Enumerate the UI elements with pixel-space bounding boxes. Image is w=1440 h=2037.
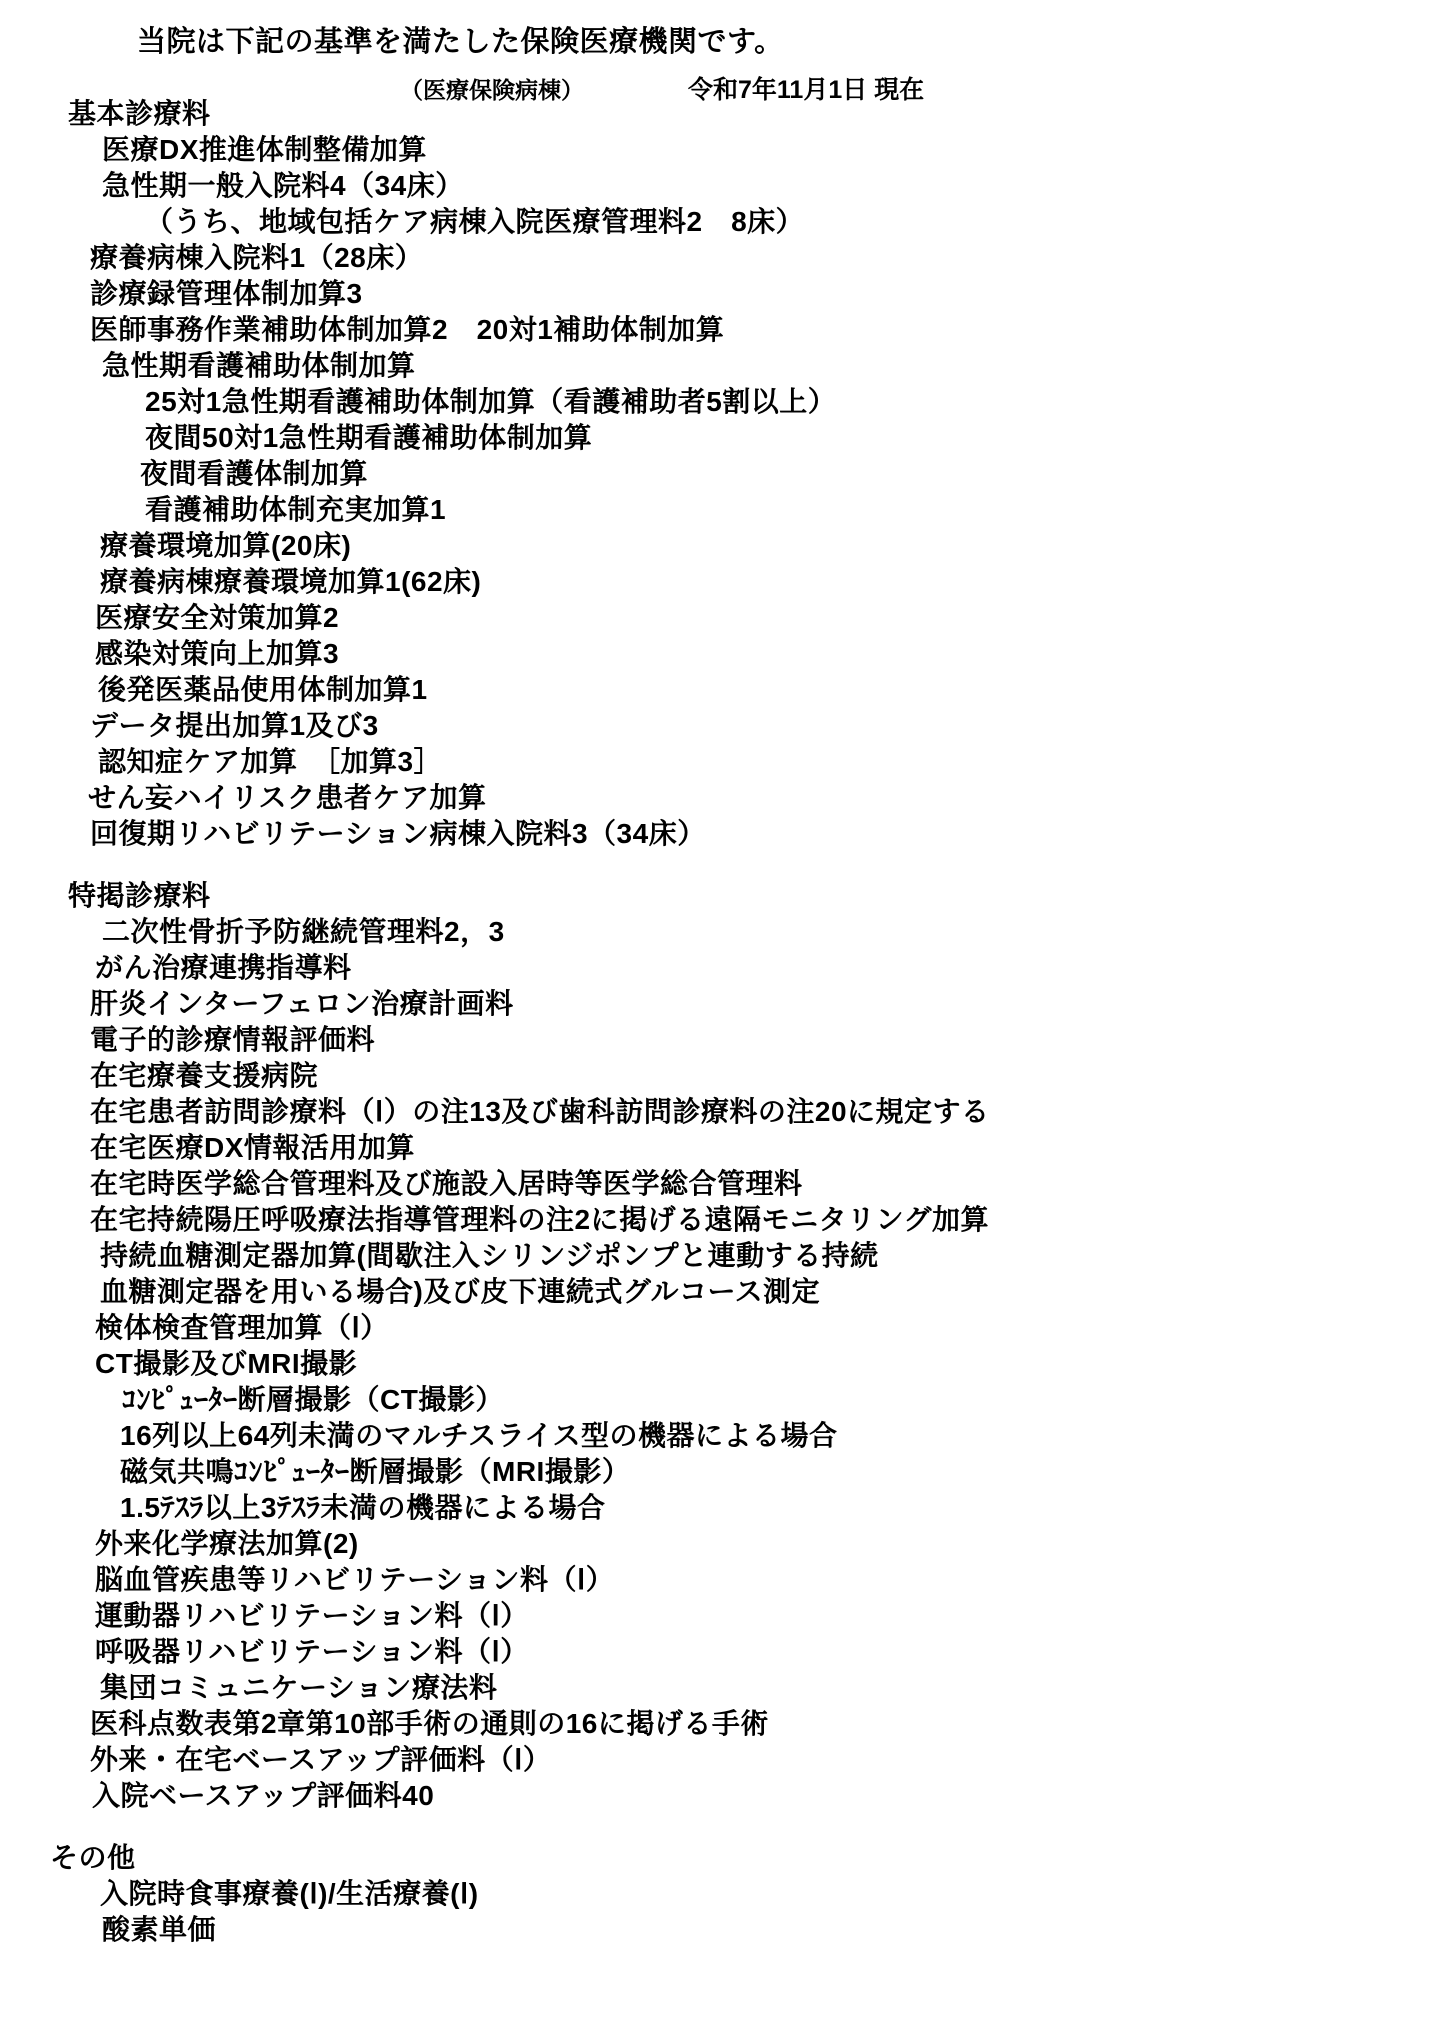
list-item: 夜間看護体制加算 <box>0 456 1440 492</box>
list-item: 呼吸器リハビリテーション料（Ⅰ） <box>0 1634 1440 1670</box>
list-item: 外来化学療法加算(2) <box>0 1526 1440 1562</box>
list-item: 入院時食事療養(Ⅰ)/生活療養(Ⅰ) <box>0 1876 1440 1912</box>
list-item: 25対1急性期看護補助体制加算（看護補助者5割以上） <box>0 384 1440 420</box>
list-item: 医科点数表第2章第10部手術の通則の16に掲げる手術 <box>0 1706 1440 1742</box>
list-item: 認知症ケア加算 ［加算3］ <box>0 744 1440 780</box>
list-item: 二次性骨折予防継続管理料2，3 <box>0 914 1440 950</box>
list-item: せん妄ハイリスク患者ケア加算 <box>0 780 1440 816</box>
list-item: 入院ベースアップ評価料40 <box>0 1778 1440 1814</box>
list-item: 肝炎インターフェロン治療計画料 <box>0 986 1440 1022</box>
list-item: 電子的診療情報評価料 <box>0 1022 1440 1058</box>
list-item: 療養病棟療養環境加算1(62床) <box>0 564 1440 600</box>
list-item: 磁気共鳴ｺﾝﾋﾟｭｰﾀｰ断層撮影（MRI撮影） <box>0 1454 1440 1490</box>
list-item: 回復期リハビリテーション病棟入院料3（34床） <box>0 816 1440 852</box>
list-item: ｺﾝﾋﾟｭｰﾀｰ断層撮影（CT撮影） <box>0 1382 1440 1418</box>
section-heading: 特掲診療料 <box>0 878 1440 914</box>
list-item: 在宅患者訪問診療料（Ⅰ）の注13及び歯科訪問診療料の注20に規定する <box>0 1094 1440 1130</box>
list-item: 医師事務作業補助体制加算2 20対1補助体制加算 <box>0 312 1440 348</box>
list-item: 運動器リハビリテーション料（Ⅰ） <box>0 1598 1440 1634</box>
list-item: 医療DX推進体制整備加算 <box>0 132 1440 168</box>
list-item: データ提出加算1及び3 <box>0 708 1440 744</box>
list-item: 1.5ﾃｽﾗ以上3ﾃｽﾗ未満の機器による場合 <box>0 1490 1440 1526</box>
section-spacer <box>0 852 1440 878</box>
section-spacer <box>0 1814 1440 1840</box>
list-item: 外来・在宅ベースアップ評価料（Ⅰ） <box>0 1742 1440 1778</box>
list-item: 医療安全対策加算2 <box>0 600 1440 636</box>
list-item: 診療録管理体制加算3 <box>0 276 1440 312</box>
sections-container: 基本診療料医療DX推進体制整備加算急性期一般入院料4（34床）（うち、地域包括ケ… <box>0 96 1440 1948</box>
list-item: 療養病棟入院料1（28床） <box>0 240 1440 276</box>
section-heading: その他 <box>0 1840 1440 1876</box>
list-item: 在宅療養支援病院 <box>0 1058 1440 1094</box>
list-item: 療養環境加算(20床) <box>0 528 1440 564</box>
list-item: がん治療連携指導料 <box>0 950 1440 986</box>
list-item: 看護補助体制充実加算1 <box>0 492 1440 528</box>
list-item: 酸素単価 <box>0 1912 1440 1948</box>
list-item: 集団コミュニケーション療法料 <box>0 1670 1440 1706</box>
list-item: 後発医薬品使用体制加算1 <box>0 672 1440 708</box>
list-item: 検体検査管理加算（Ⅰ） <box>0 1310 1440 1346</box>
list-item: （うち、地域包括ケア病棟入院医療管理料2 8床） <box>0 204 1440 240</box>
list-item: 在宅時医学総合管理料及び施設入居時等医学総合管理料 <box>0 1166 1440 1202</box>
list-item: 夜間50対1急性期看護補助体制加算 <box>0 420 1440 456</box>
list-item: 急性期一般入院料4（34床） <box>0 168 1440 204</box>
list-item: 感染対策向上加算3 <box>0 636 1440 672</box>
list-item: 急性期看護補助体制加算 <box>0 348 1440 384</box>
list-item: 血糖測定器を用いる場合)及び皮下連続式グルコース測定 <box>0 1274 1440 1310</box>
section-heading: 基本診療料 <box>0 96 1440 132</box>
list-item: 16列以上64列未満のマルチスライス型の機器による場合 <box>0 1418 1440 1454</box>
list-item: 在宅持続陽圧呼吸療法指導管理料の注2に掲げる遠隔モニタリング加算 <box>0 1202 1440 1238</box>
page-title: 当院は下記の基準を満たした保険医療機関です。 <box>137 24 784 60</box>
list-item: 持続血糖測定器加算(間歇注入シリンジポンプと連動する持続 <box>0 1238 1440 1274</box>
list-item: CT撮影及びMRI撮影 <box>0 1346 1440 1382</box>
list-item: 在宅医療DX情報活用加算 <box>0 1130 1440 1166</box>
list-item: 脳血管疾患等リハビリテーション料（Ⅰ） <box>0 1562 1440 1598</box>
